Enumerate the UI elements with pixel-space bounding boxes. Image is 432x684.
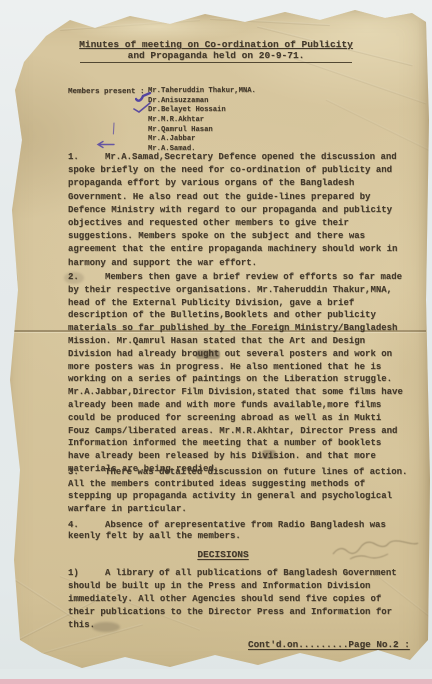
paragraph-2: 2.Members then gave a brief review of ef… xyxy=(68,271,408,476)
paragraph-number: 2. xyxy=(68,271,105,284)
continuation-note: Cont'd.on.........Page No.2 : xyxy=(248,639,410,650)
member-name: Dr.Anisuzzaman xyxy=(148,97,256,107)
paragraph-number: 4. xyxy=(68,520,105,531)
scanner-background xyxy=(0,669,432,679)
decision-text: A library of all publications of Banglad… xyxy=(68,568,397,630)
title-underline-rule: and Propaganda held on 20-9-71. xyxy=(80,50,352,63)
decision-number: 1) xyxy=(68,567,105,580)
decisions-heading: DECISIONS xyxy=(68,549,378,560)
member-name: Mr.A.Jabbar xyxy=(148,135,256,145)
members-list: Mr.Taheruddin Thakur,MNA. Dr.Anisuzzaman… xyxy=(148,87,256,155)
next-page-pink-edge xyxy=(0,679,432,684)
torn-paper-sheet: Minutes of meeting on Co-ordination of P… xyxy=(0,0,432,684)
typewritten-content: Minutes of meeting on Co-ordination of P… xyxy=(0,0,432,684)
title-line-2: and Propaganda held on 20-9-71. xyxy=(128,50,305,61)
paragraph-text: Members then gave a brief review of effo… xyxy=(68,272,403,474)
member-name: Mr.M.R.Akhtar xyxy=(148,116,256,126)
title-line-1: Minutes of meeting on Co-ordination of P… xyxy=(56,39,376,50)
paragraph-text: There was detailed discussion on future … xyxy=(68,467,407,514)
scanned-document-page: { "doc": { "title": { "line1": "Minutes … xyxy=(0,0,432,684)
decision-1: 1)A library of all publications of Bangl… xyxy=(68,567,408,632)
paragraph-3: 3.There was detailed discussion on futur… xyxy=(68,466,408,515)
members-present-label: Members present : xyxy=(68,88,145,96)
member-name: Mr.Qamrul Hasan xyxy=(148,126,256,136)
paragraph-1: 1.Mr.A.Samad,Secretary Defence opened th… xyxy=(68,151,408,270)
paragraph-number: 1. xyxy=(68,151,105,164)
document-title: Minutes of meeting on Co-ordination of P… xyxy=(56,39,376,63)
member-name: Dr.Belayet Hossain xyxy=(148,106,256,116)
paragraph-number: 3. xyxy=(68,466,105,478)
paragraph-4: 4.Absence of arepresentative from Radio … xyxy=(68,520,408,543)
member-name: Mr.Taheruddin Thakur,MNA. xyxy=(148,87,256,97)
paragraph-text: Absence of arepresentative from Radio Ba… xyxy=(68,520,386,541)
paragraph-text: Mr.A.Samad,Secretary Defence opened the … xyxy=(68,152,397,268)
